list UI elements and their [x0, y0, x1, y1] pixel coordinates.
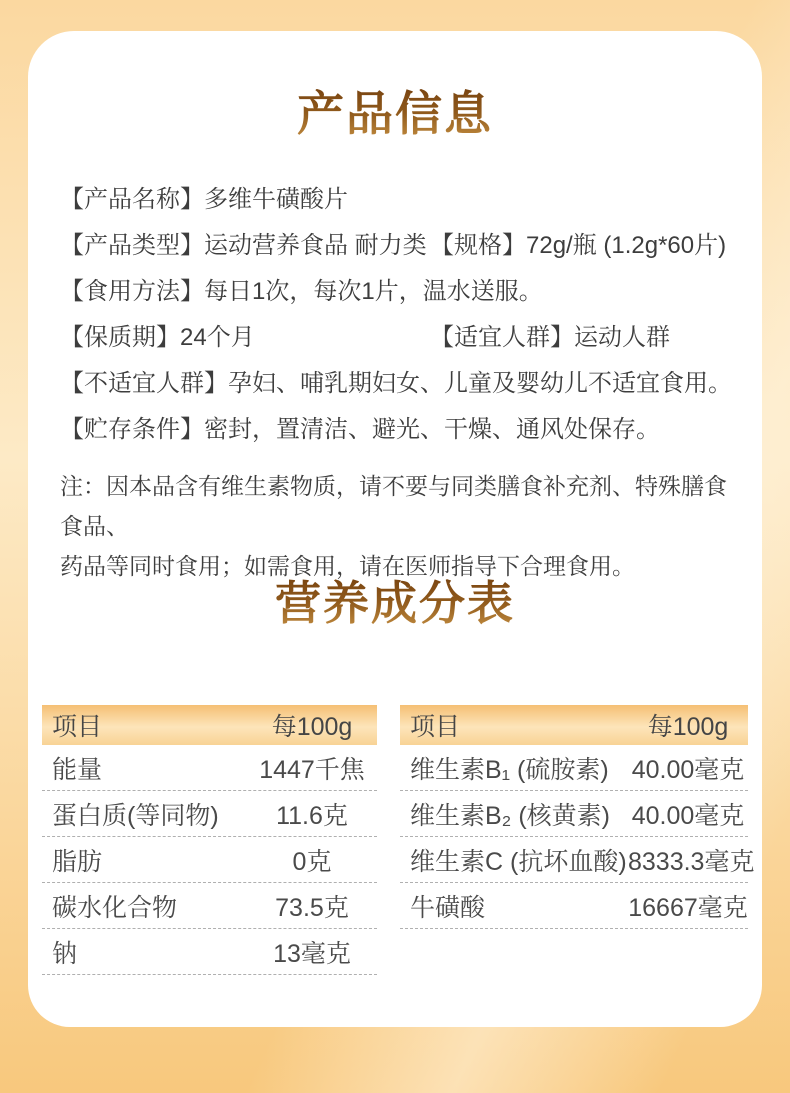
table-row: 牛磺酸 16667毫克: [400, 883, 748, 929]
info-value: 72g/瓶 (1.2g*60片): [526, 232, 726, 259]
product-info-list: 【产品名称】多维牛磺酸片 【产品类型】运动营养食品 耐力类 【规格】72g/瓶 …: [60, 177, 732, 453]
info-label: 【产品名称】: [60, 186, 204, 213]
nutrition-tables: 项目 每100g 能量 1447千焦 蛋白质(等同物) 11.6克 脂肪 0克 …: [42, 705, 748, 975]
nutrient-value: 16667毫克: [628, 888, 748, 924]
table-row: 能量 1447千焦: [42, 745, 377, 791]
info-value: 密封，置清洁、避光、干燥、通风处保存。: [204, 416, 660, 443]
info-value: 运动营养食品 耐力类: [204, 232, 427, 259]
table-header: 项目 每100g: [400, 705, 748, 745]
info-label: 【保质期】: [60, 324, 180, 351]
table-row: 维生素C (抗坏血酸) 8333.3毫克: [400, 837, 748, 883]
info-label: 【适宜人群】: [430, 324, 574, 351]
table-row: 脂肪 0克: [42, 837, 377, 883]
nutrient-name: 维生素C (抗坏血酸): [410, 842, 628, 878]
nutrient-value: 73.5克: [247, 888, 377, 924]
caution-note-line: 注：因本品含有维生素物质，请不要与同类膳食补充剂、特殊膳食食品、: [60, 466, 732, 546]
table-header-amount: 每100g: [628, 707, 748, 743]
nutrient-value: 40.00毫克: [628, 750, 748, 786]
nutrient-name: 钠: [52, 934, 247, 970]
info-label: 【贮存条件】: [60, 416, 204, 443]
table-header: 项目 每100g: [42, 705, 377, 745]
nutrition-table-title: 营养成分表: [28, 578, 762, 628]
nutrition-table-vitamins: 项目 每100g 维生素B₁ (硫胺素) 40.00毫克 维生素B₂ (核黄素)…: [400, 705, 748, 975]
table-header-item: 项目: [52, 707, 247, 743]
table-row: 碳水化合物 73.5克: [42, 883, 377, 929]
info-line-shelf-life-suitable: 【保质期】24个月 【适宜人群】运动人群: [60, 315, 732, 361]
info-line-usage: 【食用方法】每日1次，每次1片，温水送服。: [60, 269, 732, 315]
nutrient-value: 11.6克: [247, 796, 377, 832]
nutrient-name: 能量: [52, 750, 247, 786]
nutrient-value: 13毫克: [247, 934, 377, 970]
info-line-product-type-spec: 【产品类型】运动营养食品 耐力类 【规格】72g/瓶 (1.2g*60片): [60, 223, 732, 269]
caution-note: 注：因本品含有维生素物质，请不要与同类膳食补充剂、特殊膳食食品、 药品等同时食用…: [60, 466, 732, 586]
info-value: 运动人群: [574, 324, 670, 351]
info-label: 【不适宜人群】: [60, 370, 228, 397]
info-label: 【产品类型】: [60, 232, 204, 259]
nutrient-value: 40.00毫克: [628, 796, 748, 832]
info-value: 24个月: [180, 324, 255, 351]
product-info-title: 产品信息: [28, 89, 762, 139]
info-label: 【食用方法】: [60, 278, 204, 305]
info-line-unsuitable-group: 【不适宜人群】孕妇、哺乳期妇女、儿童及婴幼儿不适宜食用。: [60, 361, 732, 407]
product-info-card: 产品信息 【产品名称】多维牛磺酸片 【产品类型】运动营养食品 耐力类 【规格】7…: [28, 31, 762, 1027]
table-row: 维生素B₂ (核黄素) 40.00毫克: [400, 791, 748, 837]
nutrient-name: 碳水化合物: [52, 888, 247, 924]
nutrition-table-macros: 项目 每100g 能量 1447千焦 蛋白质(等同物) 11.6克 脂肪 0克 …: [42, 705, 377, 975]
table-header-amount: 每100g: [247, 707, 377, 743]
info-value: 每日1次，每次1片，温水送服。: [204, 278, 543, 305]
nutrient-name: 维生素B₂ (核黄素): [410, 796, 628, 832]
info-segment-spec: 【规格】72g/瓶 (1.2g*60片): [430, 223, 726, 269]
nutrient-name: 维生素B₁ (硫胺素): [410, 750, 628, 786]
table-header-item: 项目: [410, 707, 628, 743]
info-line-storage: 【贮存条件】密封，置清洁、避光、干燥、通风处保存。: [60, 407, 732, 453]
nutrient-name: 脂肪: [52, 842, 247, 878]
nutrient-name: 牛磺酸: [410, 888, 628, 924]
info-label: 【规格】: [430, 232, 526, 259]
nutrient-name: 蛋白质(等同物): [52, 796, 247, 832]
nutrient-value: 8333.3毫克: [628, 842, 748, 878]
nutrient-value: 1447千焦: [247, 750, 377, 786]
table-row: 蛋白质(等同物) 11.6克: [42, 791, 377, 837]
nutrient-value: 0克: [247, 842, 377, 878]
table-row: 维生素B₁ (硫胺素) 40.00毫克: [400, 745, 748, 791]
info-value: 孕妇、哺乳期妇女、儿童及婴幼儿不适宜食用。: [228, 370, 732, 397]
table-row: 钠 13毫克: [42, 929, 377, 975]
info-line-product-name: 【产品名称】多维牛磺酸片: [60, 177, 732, 223]
page-background: 产品信息 【产品名称】多维牛磺酸片 【产品类型】运动营养食品 耐力类 【规格】7…: [0, 0, 790, 1093]
info-segment-suitable-group: 【适宜人群】运动人群: [430, 315, 670, 361]
info-value: 多维牛磺酸片: [204, 186, 348, 213]
